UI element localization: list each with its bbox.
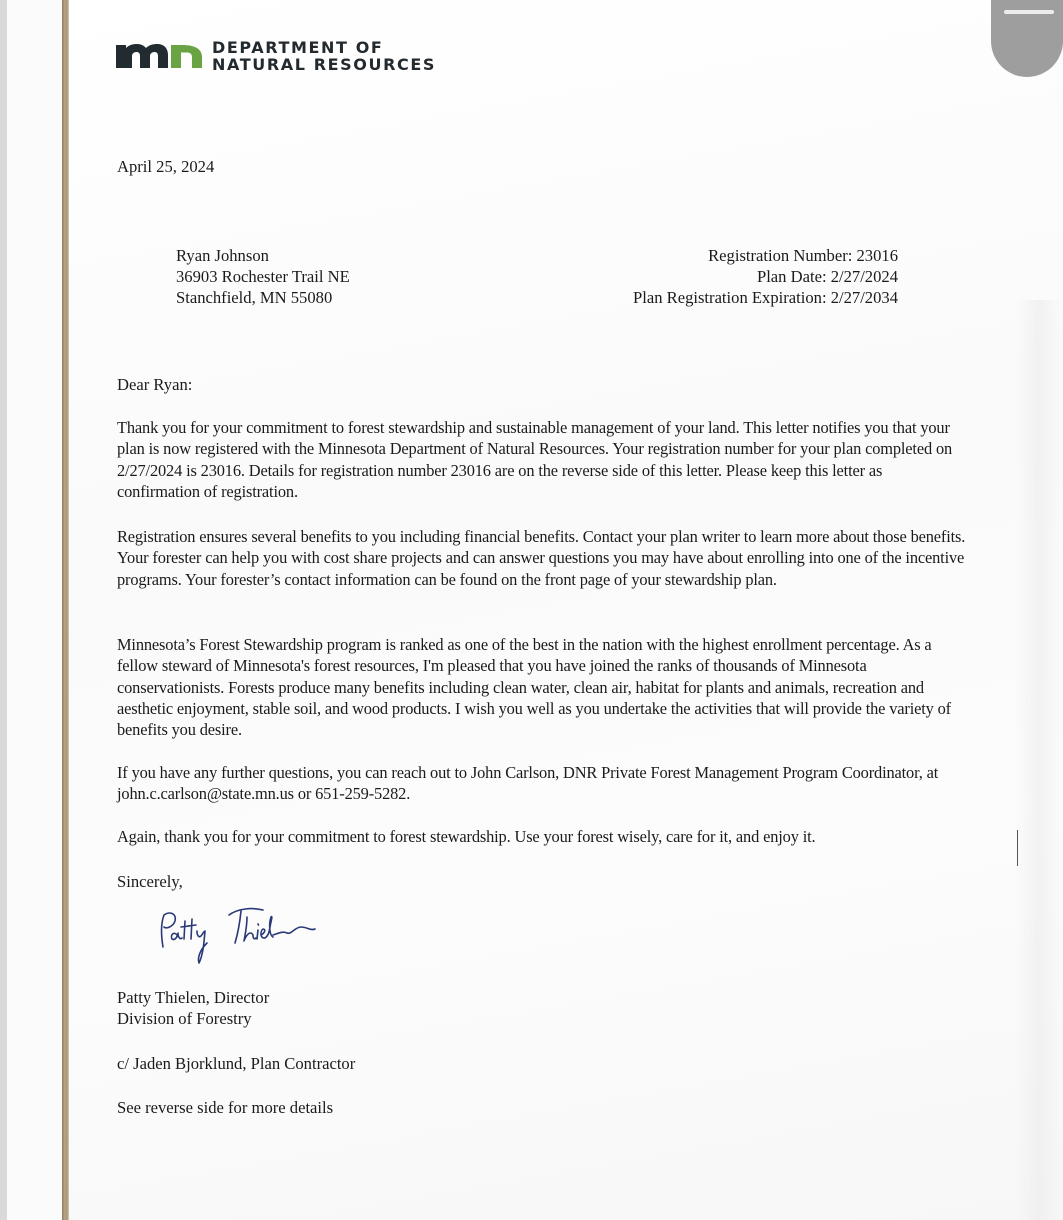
plan-date: Plan Date: 2/27/2024 [633, 266, 898, 287]
recipient-city: Stanchfield, MN 55080 [176, 287, 350, 308]
paper-mark [1017, 830, 1018, 866]
registration-expiration: Plan Registration Expiration: 2/27/2034 [633, 287, 898, 308]
closing: Sincerely, [117, 871, 183, 892]
signer-name-title: Patty Thielen, Director [117, 987, 269, 1008]
registration-info: Registration Number: 23016 Plan Date: 2/… [633, 245, 898, 308]
signer-division: Division of Forestry [117, 1008, 269, 1029]
signer-block: Patty Thielen, Director Division of Fore… [117, 987, 269, 1029]
closing-paragraph: Again, thank you for your commitment to … [117, 826, 967, 847]
drag-handle-bar [1004, 10, 1054, 14]
contact-paragraph: If you have any further questions, you c… [117, 762, 967, 805]
recipient-street: 36903 Rochester Trail NE [176, 266, 350, 287]
org-name-line2: NATURAL RESOURCES [212, 56, 436, 73]
signature-image [155, 905, 325, 970]
org-name: DEPARTMENT OF NATURAL RESOURCES [212, 39, 436, 73]
letter-page [69, 0, 1063, 1220]
body-paragraph: Registration ensures several benefits to… [117, 526, 967, 590]
registration-number: Registration Number: 23016 [633, 245, 898, 266]
viewer-margin [7, 0, 62, 1220]
mn-logo-icon [116, 42, 202, 70]
viewer-left-border [0, 0, 7, 1220]
letter-date: April 25, 2024 [117, 156, 214, 177]
drag-handle-icon[interactable] [991, 0, 1063, 77]
paper-edge [62, 0, 69, 1220]
salutation: Dear Ryan: [117, 374, 192, 395]
footer-note: See reverse side for more details [117, 1097, 333, 1118]
body-paragraph: Thank you for your commitment to forest … [117, 417, 967, 502]
recipient-address: Ryan Johnson 36903 Rochester Trail NE St… [176, 245, 350, 308]
org-name-line1: DEPARTMENT OF [212, 39, 436, 56]
recipient-name: Ryan Johnson [176, 245, 350, 266]
cc-line: c/ Jaden Bjorklund, Plan Contractor [117, 1053, 355, 1074]
dnr-logo: DEPARTMENT OF NATURAL RESOURCES [116, 36, 436, 76]
paper-fold-shadow [1015, 300, 1063, 1220]
body-paragraph: Minnesota’s Forest Stewardship program i… [117, 634, 967, 740]
